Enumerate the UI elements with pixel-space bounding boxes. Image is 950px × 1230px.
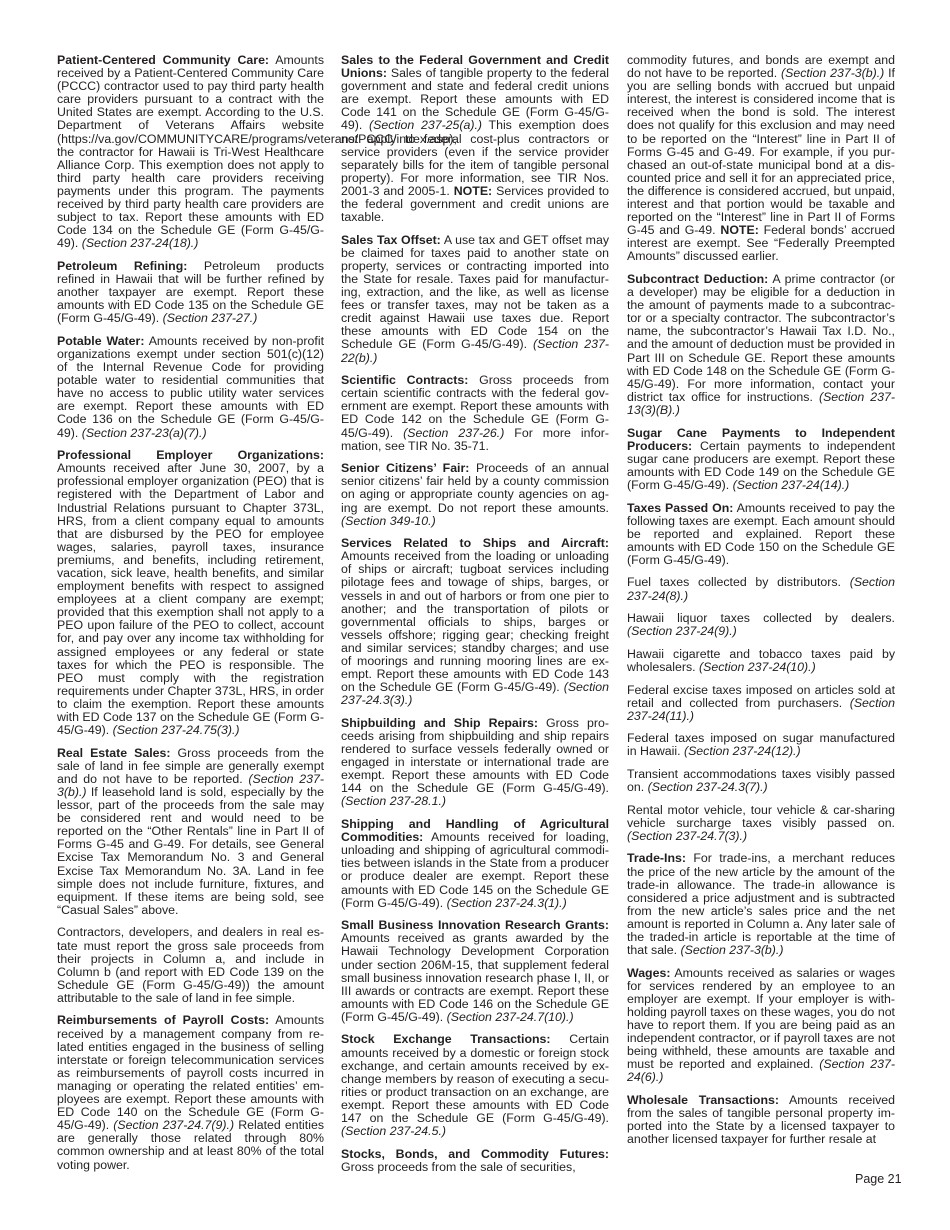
section-citation: (Section 237-24(12).) bbox=[684, 744, 801, 758]
section-citation: (Section 237-24(18).) bbox=[82, 236, 199, 250]
section-citation: (Section 237-24.7(3).) bbox=[627, 829, 747, 843]
section-citation: (Section 237-28.1.) bbox=[341, 794, 446, 808]
text-column-middle: Sales to the Federal Government and Cred… bbox=[341, 54, 609, 1183]
paragraph-text: Fuel taxes collected by distributors. bbox=[627, 575, 850, 589]
section-citation: (Section 349-10.) bbox=[341, 514, 436, 528]
paragraph-sales-tax-offset: Sales Tax Offset: A use tax and GET offs… bbox=[341, 234, 609, 365]
paragraph-taxes-passed-on: Taxes Passed On: Amounts received to pay… bbox=[627, 502, 895, 567]
paragraph-stock-exchange-transactions: Stock Exchange Transactions: Certain amo… bbox=[341, 1033, 609, 1138]
paragraph-heading: Wholesale Transactions: bbox=[627, 1093, 779, 1107]
paragraph-petroleum-refining: Petroleum Refining: Petroleum products r… bbox=[57, 260, 324, 325]
paragraph-heading: Real Estate Sales: bbox=[57, 746, 170, 760]
paragraph-text: Rental motor vehicle, tour vehicle & car… bbox=[627, 803, 895, 830]
paragraph-shipping-agricultural-commodities: Shipping and Handling of Agricultural Co… bbox=[341, 818, 609, 910]
paragraph-heading: Professional Employer Organizations: bbox=[57, 448, 324, 462]
text-column-right: commodity futures, and bonds are exempt … bbox=[627, 54, 895, 1156]
section-citation: (Section 237-24(9).) bbox=[627, 624, 737, 638]
paragraph-heading: Patient-Centered Community Care: bbox=[57, 53, 269, 67]
paragraph-federal-sugar-taxes: Federal taxes imposed on sugar manufactu… bbox=[627, 732, 895, 758]
paragraph-heading: Scientific Contracts: bbox=[341, 373, 468, 387]
paragraph-heading: Stock Exchange Transactions: bbox=[341, 1032, 551, 1046]
note-label: NOTE: bbox=[720, 223, 758, 237]
paragraph-fuel-taxes: Fuel taxes collected by distributors. (S… bbox=[627, 576, 895, 602]
paragraph-small-business-innovation: Small Business Innovation Research Grant… bbox=[341, 919, 609, 1024]
paragraph-text: Gross proceeds from the sale of securiti… bbox=[341, 1160, 576, 1174]
paragraph-liquor-taxes: Hawaii liquor taxes collected by dealers… bbox=[627, 612, 895, 638]
paragraph-text-continued: If you are selling bonds with accrued bu… bbox=[627, 66, 895, 237]
paragraph-senior-citizens-fair: Senior Citizens’ Fair: Proceeds of an an… bbox=[341, 462, 609, 527]
section-citation: (Section 237-24.7(9).) bbox=[113, 1118, 234, 1132]
paragraph-federal-excise-taxes: Federal excise taxes imposed on articles… bbox=[627, 684, 895, 723]
paragraph-heading: Potable Water: bbox=[57, 334, 144, 348]
section-citation: (Section 237-25(a).) bbox=[369, 118, 482, 132]
section-citation: (Section 237-24.3(1).) bbox=[447, 896, 567, 910]
paragraph-text: Amounts received after June 30, 2007, by… bbox=[57, 461, 324, 737]
paragraph-stocks-bonds-commodity-futures: Stocks, Bonds, and Commodity Futures: Gr… bbox=[341, 1148, 609, 1174]
paragraph-wages: Wages: Amounts received as salaries or w… bbox=[627, 967, 895, 1085]
paragraph-text: Amounts received as salaries or wag­es f… bbox=[627, 966, 895, 1072]
paragraph-shipbuilding-ship-repairs: Shipbuilding and Ship Repairs: Gross pro… bbox=[341, 717, 609, 809]
paragraph-heading: Taxes Passed On: bbox=[627, 501, 733, 515]
paragraph-heading: Small Business Innovation Research Grant… bbox=[341, 918, 609, 932]
text-column-left: Patient-Centered Community Care: Amounts… bbox=[57, 54, 324, 1181]
paragraph-text: Amounts received by a management company… bbox=[57, 1013, 324, 1132]
paragraph-text: A prime contractor (or a developer) may … bbox=[627, 272, 895, 404]
paragraph-cigarette-tobacco-taxes: Hawaii cigarette and tobacco taxes paid … bbox=[627, 648, 895, 674]
paragraph-services-ships-aircraft: Services Related to Ships and Aircraft: … bbox=[341, 537, 609, 707]
paragraph-heading: Senior Citizens’ Fair: bbox=[341, 461, 469, 475]
paragraph-stocks-bonds-continued: commodity futures, and bonds are exempt … bbox=[627, 54, 895, 264]
paragraph-heading: Stocks, Bonds, and Commodity Futures: bbox=[341, 1147, 609, 1161]
section-citation: (Section 237-24(14).) bbox=[733, 478, 850, 492]
paragraph-professional-employer-organizations: Professional Employer Organizations: Amo… bbox=[57, 449, 324, 737]
paragraph-contractors-developers: Contractors, developers, and dealers in … bbox=[57, 926, 324, 1005]
paragraph-rental-vehicle-surcharge: Rental motor vehicle, tour vehicle & car… bbox=[627, 804, 895, 843]
paragraph-transient-accommodations-taxes: Transient accommodations taxes visibly p… bbox=[627, 768, 895, 794]
paragraph-patient-centered-community-care: Patient-Centered Community Care: Amounts… bbox=[57, 54, 324, 250]
note-label: NOTE: bbox=[454, 184, 492, 198]
section-citation: (Section 237-24.7(10).) bbox=[447, 1010, 574, 1024]
paragraph-heading: Services Related to Ships and Aircraft: bbox=[341, 536, 609, 550]
paragraph-wholesale-transactions: Wholesale Transactions: Amounts received… bbox=[627, 1094, 895, 1146]
section-citation: (Section 237-26.) bbox=[403, 426, 504, 440]
paragraph-heading: Shipbuilding and Ship Repairs: bbox=[341, 716, 538, 730]
paragraph-text: Amounts received by non-profit organizat… bbox=[57, 334, 324, 440]
paragraph-heading: Trade-Ins: bbox=[627, 851, 686, 865]
paragraph-heading: Subcontract Deduction: bbox=[627, 272, 768, 286]
paragraph-trade-ins: Trade-Ins: For trade-ins, a merchant red… bbox=[627, 852, 895, 957]
paragraph-heading: Petroleum Refining: bbox=[57, 259, 187, 273]
section-citation: (Section 237-24.75(3).) bbox=[113, 723, 240, 737]
paragraph-reimbursements-payroll-costs: Reimbursements of Payroll Costs: Amounts… bbox=[57, 1014, 324, 1171]
document-page: Patient-Centered Community Care: Amounts… bbox=[0, 0, 950, 1230]
paragraph-heading: Wages: bbox=[627, 966, 670, 980]
paragraph-text: Hawaii liquor taxes collected by dealers… bbox=[627, 611, 895, 625]
paragraph-heading: Reimbursements of Payroll Costs: bbox=[57, 1013, 269, 1027]
paragraph-sales-federal-government: Sales to the Federal Government and Cred… bbox=[341, 54, 609, 224]
paragraph-text: Amounts received from the loading or unl… bbox=[341, 549, 609, 694]
paragraph-potable-water: Potable Water: Amounts received by non-p… bbox=[57, 335, 324, 440]
paragraph-text-continued: If leasehold land is sold, especially by… bbox=[57, 785, 324, 917]
paragraph-text: Contractors, developers, and dealers in … bbox=[57, 925, 324, 1004]
paragraph-subcontract-deduction: Subcontract Deduction: A prime contracto… bbox=[627, 273, 895, 417]
paragraph-heading: Sales Tax Offset: bbox=[341, 233, 441, 247]
section-citation: (Section 237-24.5.) bbox=[341, 1124, 446, 1138]
section-citation: (Section 237-27.) bbox=[163, 311, 258, 325]
paragraph-text: Certain amounts received by a domestic o… bbox=[341, 1032, 609, 1125]
section-citation: (Section 237-23(a)(7).) bbox=[82, 426, 207, 440]
section-citation: (Section 237-3(b).) bbox=[681, 943, 784, 957]
section-citation: (Section 237-3(b).) bbox=[781, 66, 884, 80]
page-number: Page 21 bbox=[855, 1172, 902, 1186]
paragraph-sugar-cane-payments: Sugar Cane Payments to Independent Produ… bbox=[627, 427, 895, 492]
section-citation: (Section 237-24(10).) bbox=[699, 660, 816, 674]
section-citation: (Section 237-24.3(7).) bbox=[648, 780, 768, 794]
paragraph-scientific-contracts: Scientific Contracts: Gross proceeds fro… bbox=[341, 374, 609, 453]
paragraph-text: For trade-ins, a merchant reduces the pr… bbox=[627, 851, 895, 957]
paragraph-real-estate-sales: Real Estate Sales: Gross proceeds from t… bbox=[57, 747, 324, 917]
paragraph-text: A use tax and GET offset may be claimed … bbox=[341, 233, 609, 352]
